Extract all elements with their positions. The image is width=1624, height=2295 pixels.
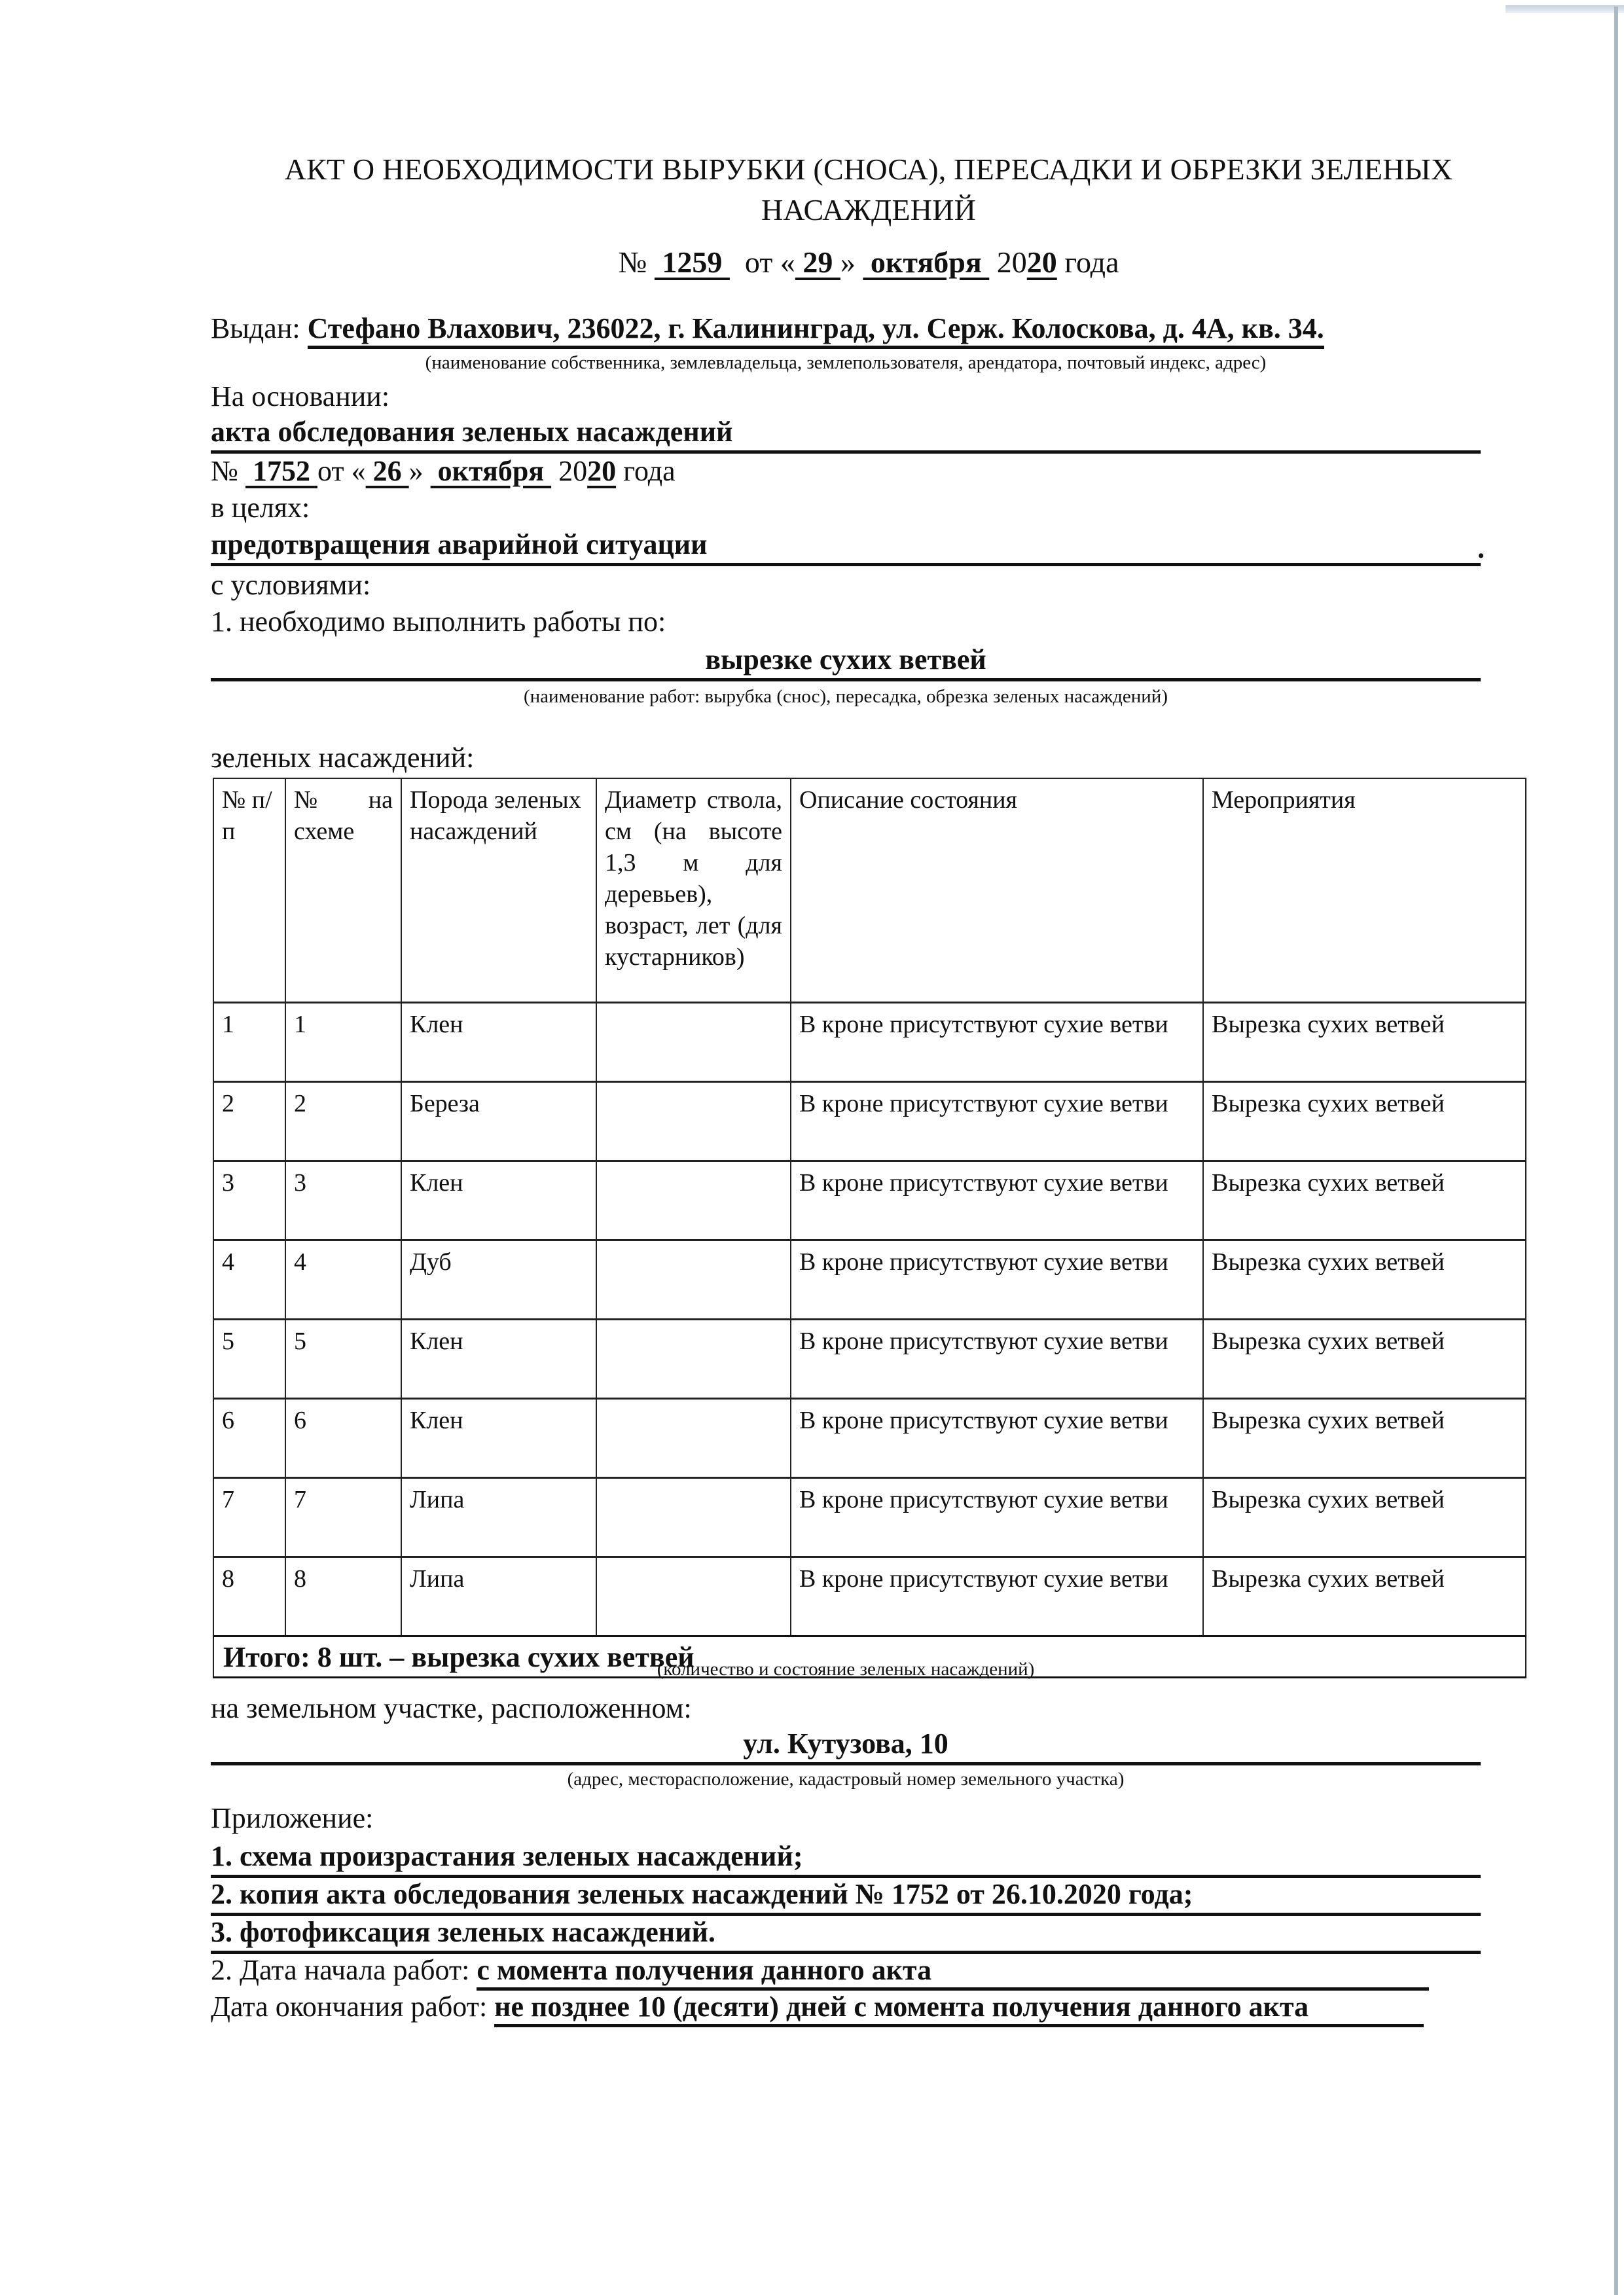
cell-diameter [596,1082,791,1161]
work-value: вырезке сухих ветвей [211,642,1481,681]
cell-condition: В кроне присутствуют сухие ветви [791,1320,1203,1399]
cell-row-number: 3 [213,1161,285,1240]
document-title: АКТ О НЕОБХОДИМОСТИ ВЫРУБКИ (СНОСА), ПЕР… [211,149,1526,230]
cell-diameter [596,1557,791,1636]
table-row: 77ЛипаВ кроне присутствуют сухие ветвиВы… [213,1478,1526,1557]
location-value-text: ул. Кутузова, 10 [743,1727,948,1760]
table-row: 11КленВ кроне присутствуют сухие ветвиВы… [213,1003,1526,1082]
cell-row-number: 4 [213,1240,285,1320]
attachment-item-3: 3. фотофиксация зеленых насаждений. [211,1916,715,1948]
conditions-item-1: 1. необходимо выполнить работы по: [211,604,666,640]
end-date-line: Дата окончания работ: не позднее 10 (дес… [211,1989,1481,2027]
number-sign: № [619,245,647,279]
basis-from-label: от « [317,455,366,487]
location-value: ул. Кутузова, 10 [211,1726,1481,1765]
cell-species: Клен [401,1320,596,1399]
cell-species: Липа [401,1478,596,1557]
basis-day: 26 [366,455,409,487]
act-number-line: № 1259 от « 29 » октября 2020 года [211,242,1526,283]
cell-condition: В кроне присутствуют сухие ветви [791,1240,1203,1320]
cell-action: Вырезка сухих ветвей [1203,1161,1526,1240]
basis-close-quote: » [409,455,424,487]
header-scheme-number: № на схеме [285,778,401,1003]
year-prefix: 20 [997,245,1027,279]
table-row: 33КленВ кроне присутствуют сухие ветвиВы… [213,1161,1526,1240]
cell-row-number: 7 [213,1478,285,1557]
work-value-text: вырезке сухих ветвей [705,643,986,676]
attachment-item-2: 2. копия акта обследования зеленых насаж… [211,1878,1193,1910]
cell-scheme-number: 3 [285,1161,401,1240]
cell-species: Липа [401,1557,596,1636]
purpose-value-text: предотвращения аварийной ситуации [211,528,708,560]
header-diameter: Диаметр ствола, см (на высоте 1,3 м для … [596,778,791,1003]
cell-species: Береза [401,1082,596,1161]
purpose-label: в целях: [211,490,310,526]
table-row: 22БерезаВ кроне присутствуют сухие ветви… [213,1082,1526,1161]
header-condition: Описание состояния [791,778,1203,1003]
cell-condition: В кроне присутствуют сухие ветви [791,1557,1203,1636]
act-day: 29 [795,245,840,279]
attachment-item: 2. копия акта обследования зеленых насаж… [211,1876,1481,1916]
cell-row-number: 5 [213,1320,285,1399]
title-line-1: АКТ О НЕОБХОДИМОСТИ ВЫРУБКИ (СНОСА), ПЕР… [211,149,1526,190]
cell-row-number: 1 [213,1003,285,1082]
cell-species: Клен [401,1003,596,1082]
cell-species: Дуб [401,1240,596,1320]
issued-caption: (наименование собственника, землевладель… [211,351,1481,374]
header-row-number: № п/п [213,778,285,1003]
cell-action: Вырезка сухих ветвей [1203,1082,1526,1161]
scan-edge-artifact-right [1614,7,1618,2295]
basis-number-line: № 1752 от « 26 » октября 2020 года [211,453,676,490]
cell-action: Вырезка сухих ветвей [1203,1557,1526,1636]
basis-value: акта обследования зеленых насаждений [211,414,1481,454]
cell-condition: В кроне присутствуют сухие ветви [791,1082,1203,1161]
attachments-label: Приложение: [211,1800,373,1837]
cell-scheme-number: 4 [285,1240,401,1320]
cell-diameter [596,1240,791,1320]
cell-action: Вырезка сухих ветвей [1203,1240,1526,1320]
basis-month: октября [431,455,551,487]
table-row: 66КленВ кроне присутствуют сухие ветвиВы… [213,1399,1526,1478]
cell-diameter [596,1003,791,1082]
cell-row-number: 2 [213,1082,285,1161]
cell-species: Клен [401,1399,596,1478]
start-date-value: с момента получения данного акта [477,1953,1429,1991]
basis-value-text: акта обследования зеленых насаждений [211,416,732,448]
from-label: от « [745,245,795,279]
table-caption: (количество и состояние зеленых насажден… [211,1657,1481,1681]
cell-scheme-number: 6 [285,1399,401,1478]
basis-number-sign: № [211,455,238,487]
attachment-item: 3. фотофиксация зеленых насаждений. [211,1914,1481,1954]
cell-row-number: 8 [213,1557,285,1636]
purpose-end-mark: . [1477,530,1485,567]
conditions-label: с условиями: [211,567,370,604]
cell-action: Вырезка сухих ветвей [1203,1478,1526,1557]
issued-line: Выдан: Стефано Влахович, 236022, г. Кали… [211,310,1324,349]
cell-diameter [596,1320,791,1399]
cell-scheme-number: 7 [285,1478,401,1557]
basis-number: 1752 [245,455,317,487]
scan-edge-artifact-top [1506,5,1624,13]
header-species: Порода зеленых насаждений [401,778,596,1003]
cell-condition: В кроне присутствуют сухие ветви [791,1003,1203,1082]
cell-scheme-number: 1 [285,1003,401,1082]
cell-diameter [596,1161,791,1240]
start-date-line: 2. Дата начала работ: с момента получени… [211,1952,1481,1991]
table-header-row: № п/п № на схеме Порода зеленых насажден… [213,778,1526,1003]
cell-diameter [596,1399,791,1478]
cell-condition: В кроне присутствуют сухие ветви [791,1161,1203,1240]
table-row: 44ДубВ кроне присутствуют сухие ветвиВыр… [213,1240,1526,1320]
basis-year-label: года [623,455,676,487]
basis-label: На основании: [211,378,389,415]
purpose-value: предотвращения аварийной ситуации . [211,526,1481,566]
basis-year: 20 [587,455,616,487]
end-date-label: Дата окончания работ: [211,1991,487,2023]
act-year: 20 [1027,245,1057,279]
table-row: 88ЛипаВ кроне присутствуют сухие ветвиВы… [213,1557,1526,1636]
title-line-2: НАСАЖДЕНИЙ [211,190,1526,230]
cell-scheme-number: 5 [285,1320,401,1399]
attachment-item-1: 1. схема произрастания зеленых насаждени… [211,1840,803,1872]
header-action: Мероприятия [1203,778,1526,1003]
issued-label: Выдан: [211,312,300,344]
plants-table: № п/п № на схеме Порода зеленых насажден… [213,778,1526,1678]
start-date-label: 2. Дата начала работ: [211,1954,469,1986]
issued-value: Стефано Влахович, 236022, г. Калининград… [308,312,1324,349]
cell-condition: В кроне присутствуют сухие ветви [791,1478,1203,1557]
cell-scheme-number: 2 [285,1082,401,1161]
attachment-item: 1. схема произрастания зеленых насаждени… [211,1838,1481,1878]
close-quote: » [840,245,856,279]
table-intro: зеленых насаждений: [211,740,474,776]
basis-year-prefix: 20 [558,455,587,487]
cell-row-number: 6 [213,1399,285,1478]
location-label: на земельном участке, расположенном: [211,1690,692,1727]
year-label: года [1064,245,1119,279]
table-row: 55КленВ кроне присутствуют сухие ветвиВы… [213,1320,1526,1399]
cell-action: Вырезка сухих ветвей [1203,1003,1526,1082]
cell-action: Вырезка сухих ветвей [1203,1320,1526,1399]
end-date-value: не позднее 10 (десяти) дней с момента по… [494,1990,1424,2027]
act-month: октября [863,245,989,279]
cell-diameter [596,1478,791,1557]
location-caption: (адрес, месторасположение, кадастровый н… [211,1767,1481,1791]
cell-action: Вырезка сухих ветвей [1203,1399,1526,1478]
cell-scheme-number: 8 [285,1557,401,1636]
work-caption: (наименование работ: вырубка (снос), пер… [211,685,1481,708]
cell-condition: В кроне присутствуют сухие ветви [791,1399,1203,1478]
act-number: 1259 [655,245,730,279]
cell-species: Клен [401,1161,596,1240]
